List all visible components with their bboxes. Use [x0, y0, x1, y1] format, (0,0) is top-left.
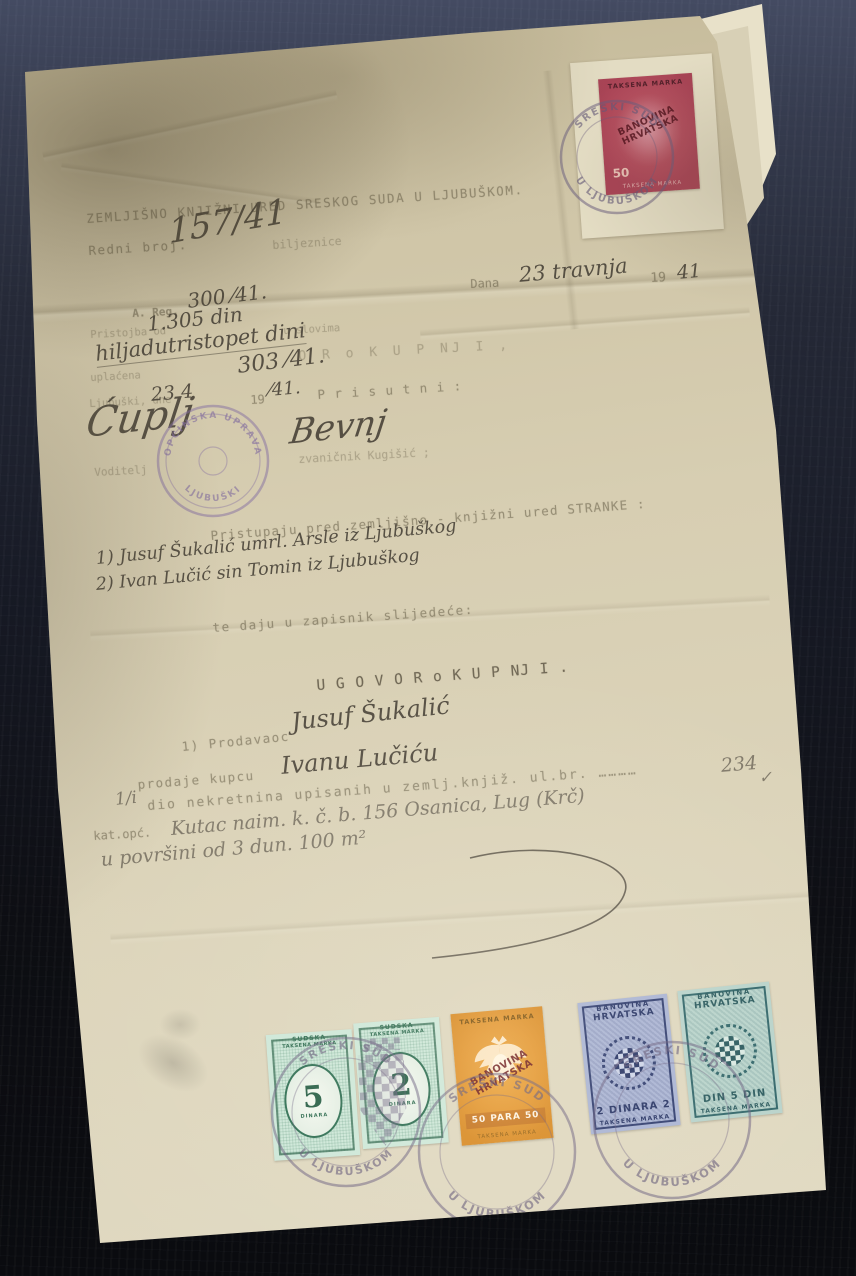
municipal-stamp-bottom-text: LJUBUŠKI: [182, 484, 243, 504]
svg-text:U LJUBUŠKOM: U LJUBUŠKOM: [296, 1146, 396, 1178]
buyer-label: prodaje kupcu: [137, 768, 255, 792]
reference-checkmark: ✓: [758, 767, 773, 787]
court-postmark-left: SRESKI SUD U LJUBUŠKOM: [261, 1027, 431, 1197]
year-handwritten: 41: [676, 260, 702, 284]
ink-smudge: [108, 1004, 238, 1122]
office-header-line: ZEMLJIŠNO KNJIŽNI URED SRESKOG SUDA U LJ…: [86, 182, 524, 226]
svg-text:SRESKI SUD: SRESKI SUD: [573, 102, 661, 131]
kat-opc-label: kat.opć.: [93, 825, 152, 843]
postmark-text-bottom: U LJUBUŠKOM: [296, 1146, 396, 1178]
svg-text:SRESKI SUD: SRESKI SUD: [446, 1075, 549, 1106]
buyer-name-handwritten: Ivanu Lučiću: [280, 738, 439, 780]
year-printed: 19: [650, 270, 666, 286]
ink-smudge-small: [150, 1002, 210, 1047]
crease: [420, 307, 750, 342]
seller-label: 1) Prodavaoc: [181, 729, 290, 754]
signature-right: Bevnj: [287, 402, 389, 453]
svg-text:U LJUBUŠKOM: U LJUBUŠKOM: [445, 1188, 549, 1222]
date-handwritten: 23 travnja: [518, 254, 629, 287]
uplacena-label: uplaćena: [90, 369, 141, 384]
clerk-left-label: Voditelj: [94, 463, 148, 479]
share-fraction-handwritten: 1/i: [114, 788, 138, 810]
seller-name-handwritten: Jusuf Šukalić: [290, 691, 451, 735]
municipal-rubber-stamp: OPĆINSKA UPRAVA LJUBUŠKI: [148, 396, 278, 526]
pen-flourish-stroke: [400, 830, 700, 980]
desk-background: ZEMLJIŠNO KNJIŽNI URED SRESKOG SUDA U LJ…: [0, 0, 856, 1276]
redni-broj-value: 157/41: [168, 191, 287, 252]
postmark-text-bottom: U LJUBUŠKOM: [620, 1156, 724, 1190]
svg-text:SRESKI SUD: SRESKI SUD: [621, 1043, 724, 1074]
svg-text:SRESKI SUD: SRESKI SUD: [297, 1039, 395, 1068]
contract-title: U G O V O R o K U P NJ I .: [316, 659, 569, 693]
court-postmark-top: SRESKI SUD U LJUBUŠKOM: [552, 92, 682, 222]
court-postmark-right: SRESKI SUD U LJUBUŠKOM: [582, 1030, 762, 1210]
reference-number: 234: [720, 752, 758, 777]
dana-label: Dana: [470, 276, 499, 291]
court-postmark-center: SRESKI SUD U LJUBUŠKOM: [407, 1062, 587, 1242]
orange-stamp-title: TAKSENA MARKA: [451, 1011, 543, 1027]
postmark-text-bottom: U LJUBUŠKOM: [445, 1188, 549, 1222]
biljeznice-label: biljeznice: [272, 234, 342, 252]
prisutni-label: P r i s u t n i :: [317, 378, 463, 402]
document-paper: ZEMLJIŠNO KNJIŽNI URED SRESKOG SUDA U LJ…: [0, 0, 856, 1276]
svg-text:LJUBUŠKI: LJUBUŠKI: [182, 484, 243, 504]
red-stamp-title: TAKSENA MARKA: [598, 77, 692, 92]
postmark-text-top: SRESKI SUD: [573, 102, 661, 131]
postmark-text-top: SRESKI SUD: [446, 1075, 549, 1106]
ghost-title-impression: O R o K U P NJ I ,: [298, 338, 511, 364]
postmark-text-top: SRESKI SUD: [297, 1039, 395, 1068]
svg-text:U LJUBUŠKOM: U LJUBUŠKOM: [620, 1156, 724, 1190]
zapisnik-line: te daju u zapisnik slijedeće:: [212, 602, 474, 635]
crease: [42, 89, 338, 163]
postmark-text-top: SRESKI SUD: [621, 1043, 724, 1074]
